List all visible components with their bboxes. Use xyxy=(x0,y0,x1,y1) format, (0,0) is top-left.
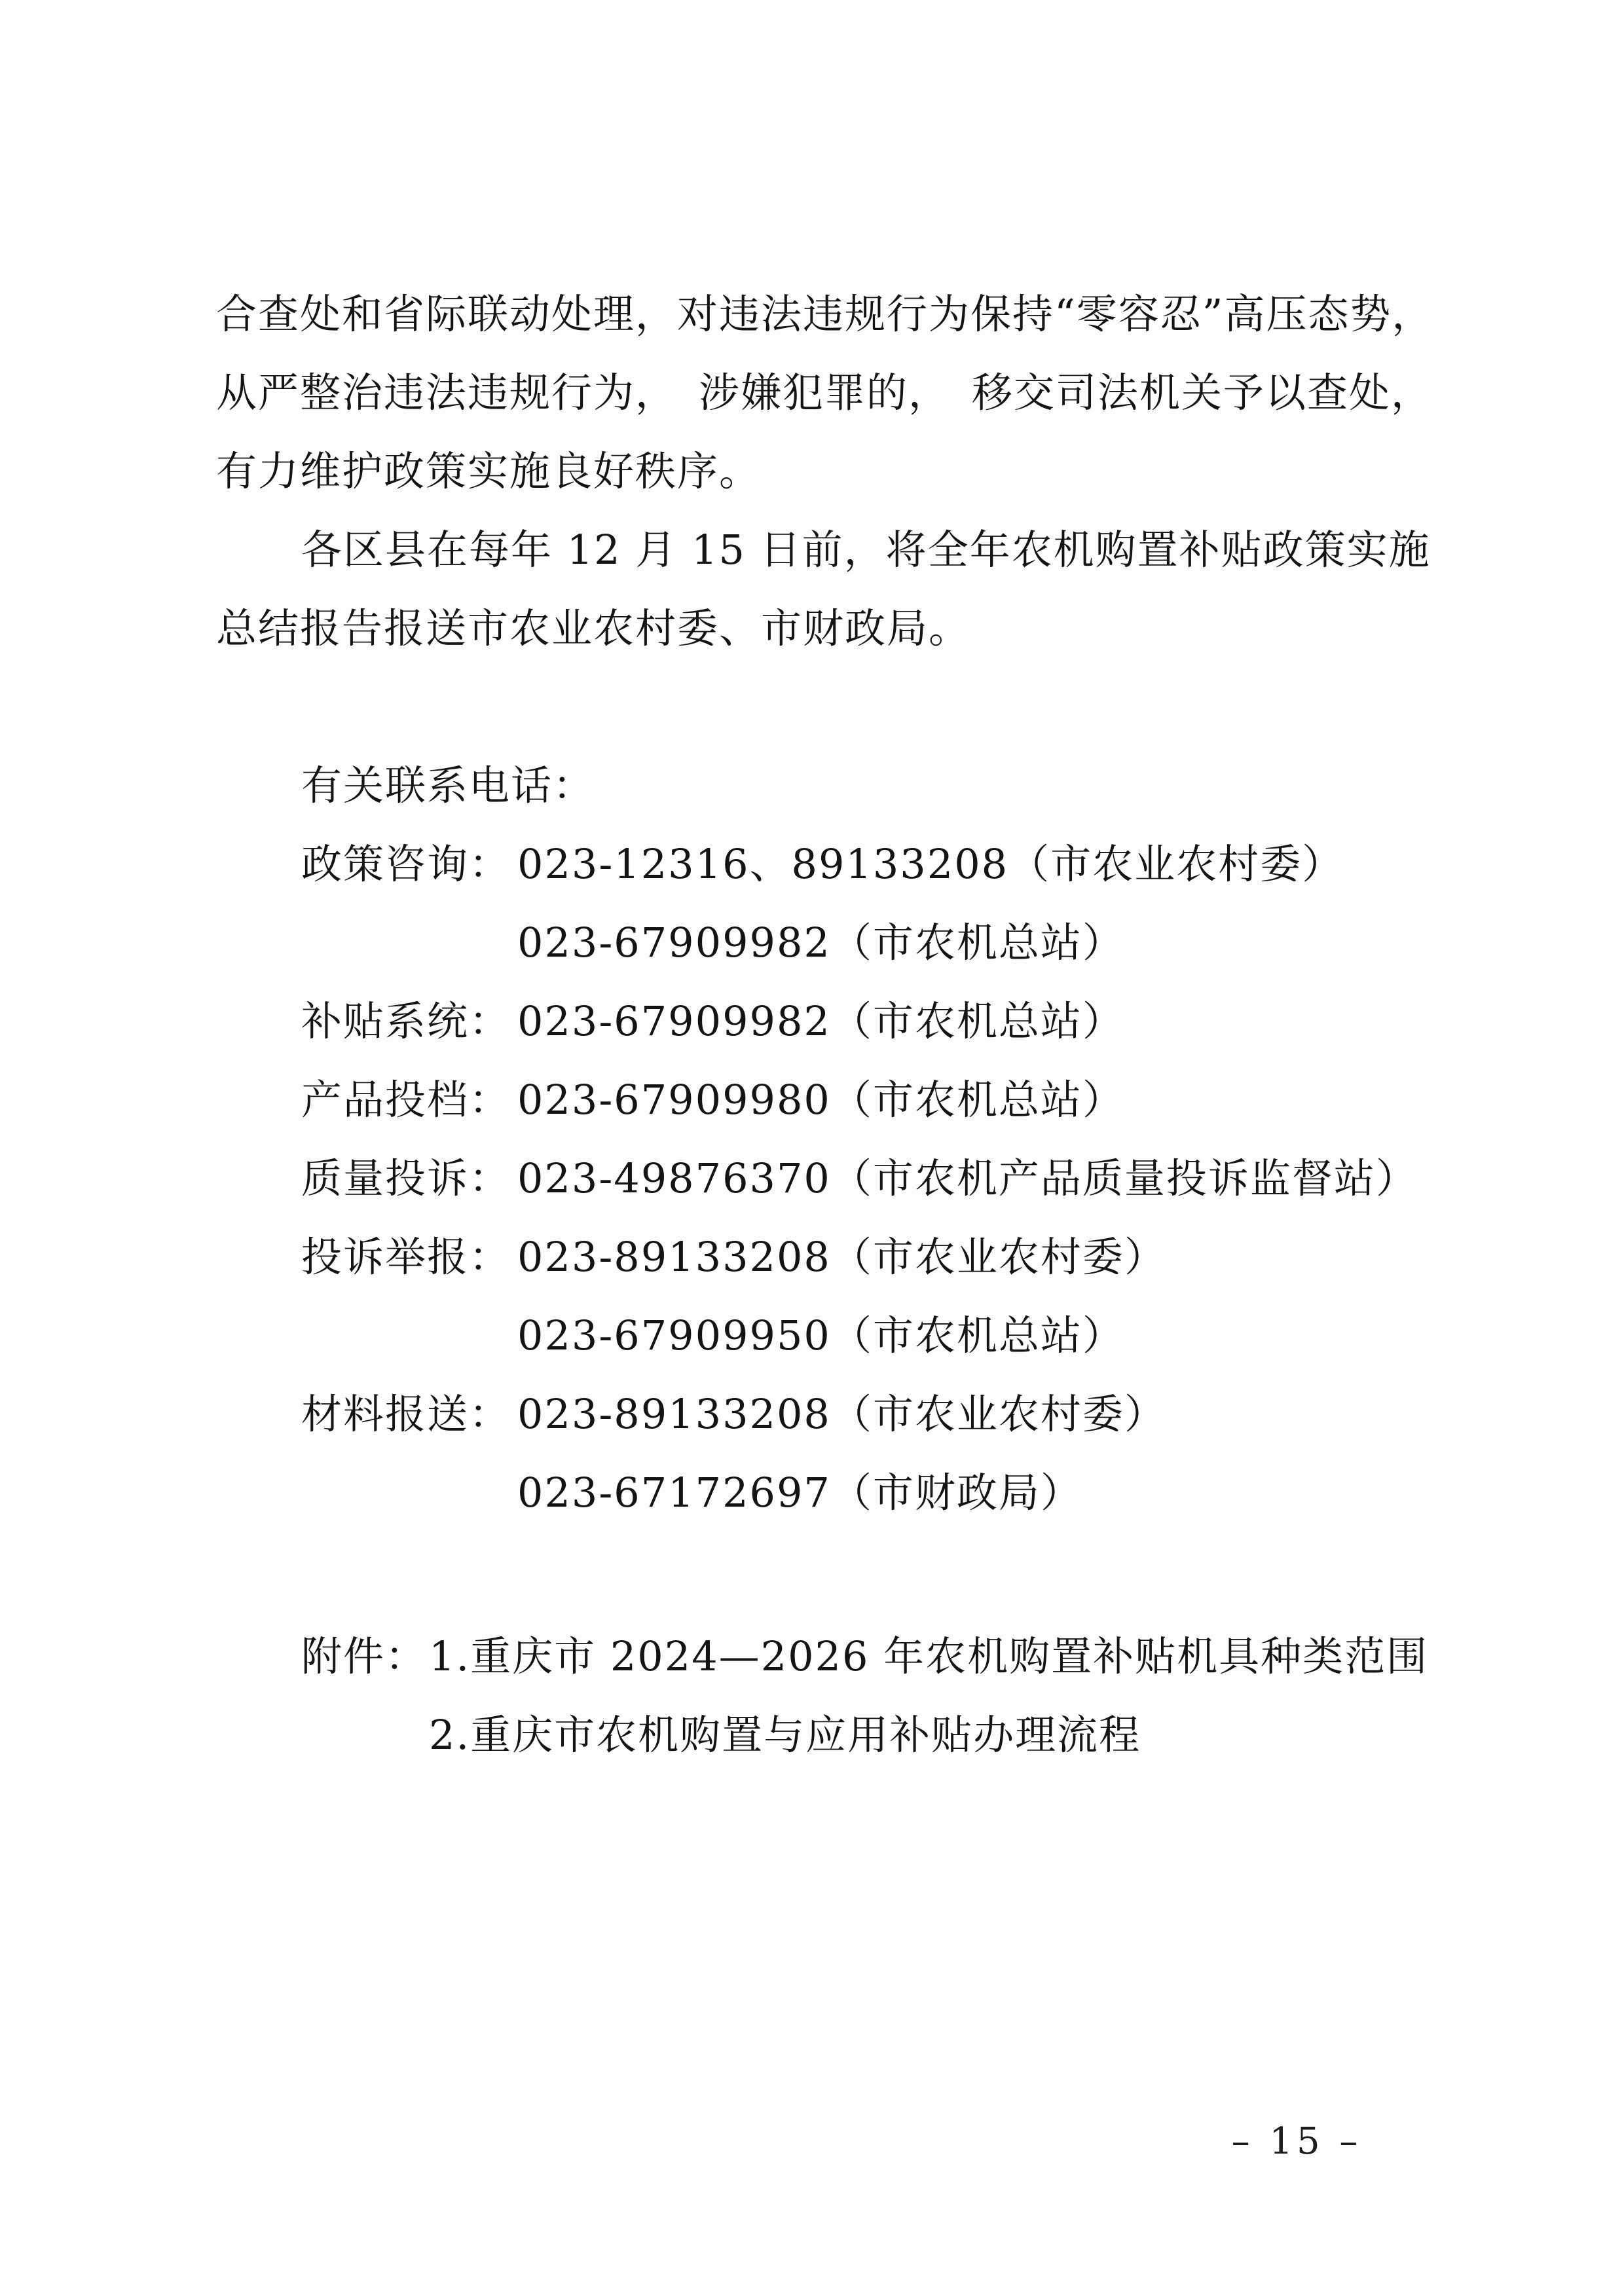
contact-row-product-filing: 产品投档：023-67909980（市农机总站） xyxy=(216,1061,1526,1139)
document-page: 合查处和省际联动处理，对违法违规行为保持“零容忍”高压态势， 从严整治违法违规行… xyxy=(0,0,1624,2295)
contact-label: 质量投诉： xyxy=(301,1139,517,1218)
contact-row-material-submit: 材料报送：023-89133208（市农业农村委） xyxy=(216,1375,1526,1454)
contact-value: 023-67909950（市农机总站） xyxy=(517,1312,1124,1359)
contact-row-report-tipoff: 投诉举报：023-89133208（市农业农村委） xyxy=(216,1218,1526,1296)
contact-label: 产品投档： xyxy=(301,1061,517,1139)
contact-row-quality-complaint: 质量投诉：023-49876370（市农机产品质量投诉监督站） xyxy=(216,1139,1526,1218)
contact-label: 政策咨询： xyxy=(301,825,517,904)
contact-row-policy: 政策咨询：023-12316、89133208（市农业农村委） xyxy=(216,825,1526,904)
blank-line xyxy=(216,1532,1526,1617)
paragraph-report-line-2: 总结报告报送市农业农村委、市财政局。 xyxy=(216,589,1526,668)
contact-value: 023-89133208（市农业农村委） xyxy=(517,1390,1166,1438)
contacts-heading: 有关联系电话： xyxy=(216,746,1526,825)
paragraph-enforcement-line-2: 从严整治违法违规行为， 涉嫌犯罪的， 移交司法机关予以查处， xyxy=(216,354,1526,432)
contact-value: 023-67172697（市财政局） xyxy=(517,1469,1082,1516)
document-body: 合查处和省际联动处理，对违法违规行为保持“零容忍”高压态势， 从严整治违法违规行… xyxy=(216,275,1526,1774)
page-number: – 15 – xyxy=(1192,2120,1401,2163)
contact-row-policy-cont: 023-67909982（市农机总站） xyxy=(216,904,1526,982)
contact-row-material-cont: 023-67172697（市财政局） xyxy=(216,1454,1526,1532)
contact-label: 材料报送： xyxy=(301,1375,517,1454)
contact-label: 投诉举报： xyxy=(301,1218,517,1296)
contact-row-subsidy-system: 补贴系统：023-67909982（市农机总站） xyxy=(216,982,1526,1061)
contact-row-tipoff-cont: 023-67909950（市农机总站） xyxy=(216,1296,1526,1375)
contact-value: 023-67909980（市农机总站） xyxy=(517,1076,1124,1124)
contact-value: 023-67909982（市农机总站） xyxy=(517,997,1124,1045)
contact-value: 023-49876370（市农机产品质量投诉监督站） xyxy=(517,1154,1418,1202)
paragraph-report-line-1: 各区县在每年 12 月 15 日前，将全年农机购置补贴政策实施 xyxy=(216,511,1526,589)
attachments-label: 附件： xyxy=(301,1617,429,1696)
blank-line xyxy=(216,668,1526,746)
contact-label: 补贴系统： xyxy=(301,982,517,1061)
contact-value: 023-89133208（市农业农村委） xyxy=(517,1233,1166,1281)
contact-value: 023-12316、89133208（市农业农村委） xyxy=(517,840,1344,888)
contact-value: 023-67909982（市农机总站） xyxy=(517,919,1124,966)
attachments-row-1: 附件：1.重庆市 2024—2026 年农机购置补贴机具种类范围 xyxy=(216,1617,1526,1696)
attachments-row-2: 2.重庆市农机购置与应用补贴办理流程 xyxy=(216,1696,1526,1774)
attachment-item-1: 1.重庆市 2024—2026 年农机购置补贴机具种类范围 xyxy=(429,1632,1428,1680)
paragraph-enforcement-line-1: 合查处和省际联动处理，对违法违规行为保持“零容忍”高压态势， xyxy=(216,275,1526,354)
paragraph-enforcement-line-3: 有力维护政策实施良好秩序。 xyxy=(216,432,1526,511)
attachment-item-2: 2.重庆市农机购置与应用补贴办理流程 xyxy=(429,1711,1141,1759)
